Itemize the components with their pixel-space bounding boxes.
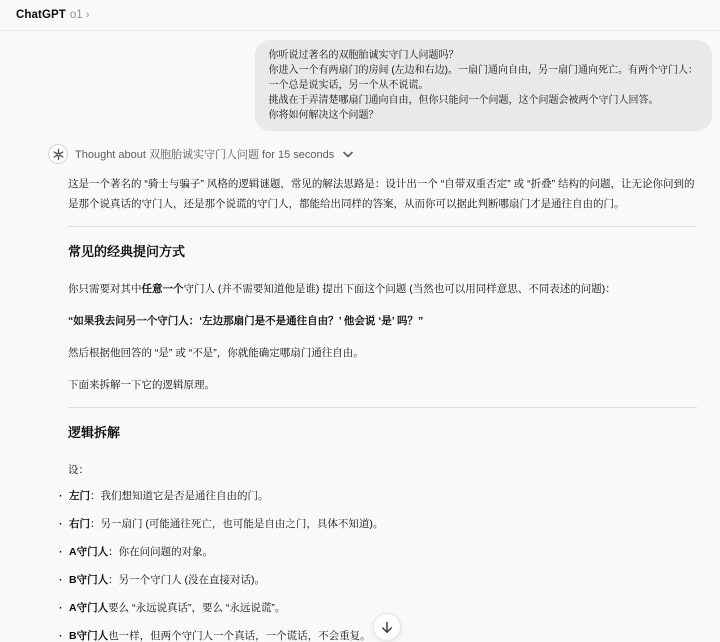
chevron-down-icon — [343, 151, 353, 158]
definition: 也一样，但两个守门人一个真话，一个谎话，不会重复。 — [108, 630, 371, 642]
definition: ：你在问问题的对象。 — [108, 546, 213, 558]
app-header: ChatGPT o1 › — [0, 0, 720, 31]
answer-explanation: 然后根据他回答的 “是” 或 “不是”，你就能确定哪扇门通往自由。 — [68, 343, 697, 363]
user-message-line: 你将如何解决这个问题？ — [269, 108, 698, 123]
setup-lead: 设： — [68, 460, 697, 480]
user-message-line: 你听说过著名的双胞胎诚实守门人问题吗？ — [269, 48, 698, 63]
thought-summary-toggle[interactable]: Thought about 双胞胎诚实守门人问题 for 15 seconds — [48, 144, 353, 164]
ask-paragraph: 你只需要对其中任意一个守门人 (并不需要知道他是谁) 提出下面这个问题 (当然也… — [68, 279, 697, 299]
question-quote: “如果我去问另一个守门人：‘左边那扇门是不是通往自由？’ 他会说 ‘是’ 吗？” — [68, 311, 697, 331]
list-item: B守门人：另一个守门人 (没在直接对话)。 — [68, 570, 697, 590]
transition-paragraph: 下面来拆解一下它的逻辑原理。 — [68, 375, 697, 395]
term: B守门人 — [69, 630, 108, 642]
scroll-to-bottom-button[interactable] — [373, 613, 401, 641]
openai-logo-icon — [48, 144, 68, 164]
user-message-line: 一个总是说实话，另一个从不说谎。 — [269, 78, 698, 93]
definition: ：另一个守门人 (没在直接对话)。 — [108, 574, 265, 586]
user-message-line: 挑战在于弄清楚哪扇门通向自由，但你只能问一个问题，这个问题会被两个守门人回答。 — [269, 93, 698, 108]
arrow-down-icon — [381, 621, 393, 634]
model-switcher[interactable]: ChatGPT o1 › — [10, 6, 95, 24]
intro-paragraph: 这是一个著名的 “骑士与骗子” 风格的逻辑谜题，常见的解法思路是：设计出一个 “… — [68, 174, 697, 214]
chevron-right-icon: › — [86, 9, 90, 21]
model-label: o1 — [70, 9, 83, 21]
user-message-bubble: 你听说过著名的双胞胎诚实守门人问题吗？ 你进入一个有两扇门的房间 (左边和右边)… — [255, 40, 712, 131]
term: 左门 — [69, 490, 90, 502]
term: A守门人 — [69, 546, 108, 558]
user-message-line: 你进入一个有两扇门的房间 (左边和右边)。一扇门通向自由，另一扇门通向死亡。有两… — [269, 63, 698, 78]
section-heading-classic-question: 常见的经典提问方式 — [68, 243, 697, 261]
conversation: 你听说过著名的双胞胎诚实守门人问题吗？ 你进入一个有两扇门的房间 (左边和右边)… — [0, 31, 720, 642]
list-item: 左门：我们想知道它是否是通往自由的门。 — [68, 486, 697, 506]
section-divider — [68, 226, 697, 227]
definition: ：另一扇门 (可能通往死亡，也可能是自由之门，具体不知道)。 — [90, 518, 383, 530]
assistant-message: 这是一个著名的 “骑士与骗子” 风格的逻辑谜题，常见的解法思路是：设计出一个 “… — [68, 174, 697, 642]
list-item: A守门人：你在问问题的对象。 — [68, 542, 697, 562]
definition: ：我们想知道它是否是通往自由的门。 — [90, 490, 269, 502]
term: A守门人 — [69, 602, 108, 614]
definition: 要么 “永远说真话”，要么 “永远说谎”。 — [108, 602, 285, 614]
user-message-row: 你听说过著名的双胞胎诚实守门人问题吗？ 你进入一个有两扇门的房间 (左边和右边)… — [0, 31, 720, 131]
section-heading-logic-breakdown: 逻辑拆解 — [68, 424, 697, 442]
list-item: 右门：另一扇门 (可能通往死亡，也可能是自由之门，具体不知道)。 — [68, 514, 697, 534]
app-title: ChatGPT — [16, 9, 66, 21]
ask-text-post: 守门人 (并不需要知道他是谁) 提出下面这个问题 (当然也可以用同样意思、不同表… — [184, 283, 616, 295]
ask-text-pre: 你只需要对其中 — [68, 283, 142, 295]
term: B守门人 — [69, 574, 108, 586]
thought-summary-label: Thought about 双胞胎诚实守门人问题 for 15 seconds — [75, 146, 334, 162]
section-divider — [68, 407, 697, 408]
ask-text-bold: 任意一个 — [142, 283, 184, 295]
term: 右门 — [69, 518, 90, 530]
